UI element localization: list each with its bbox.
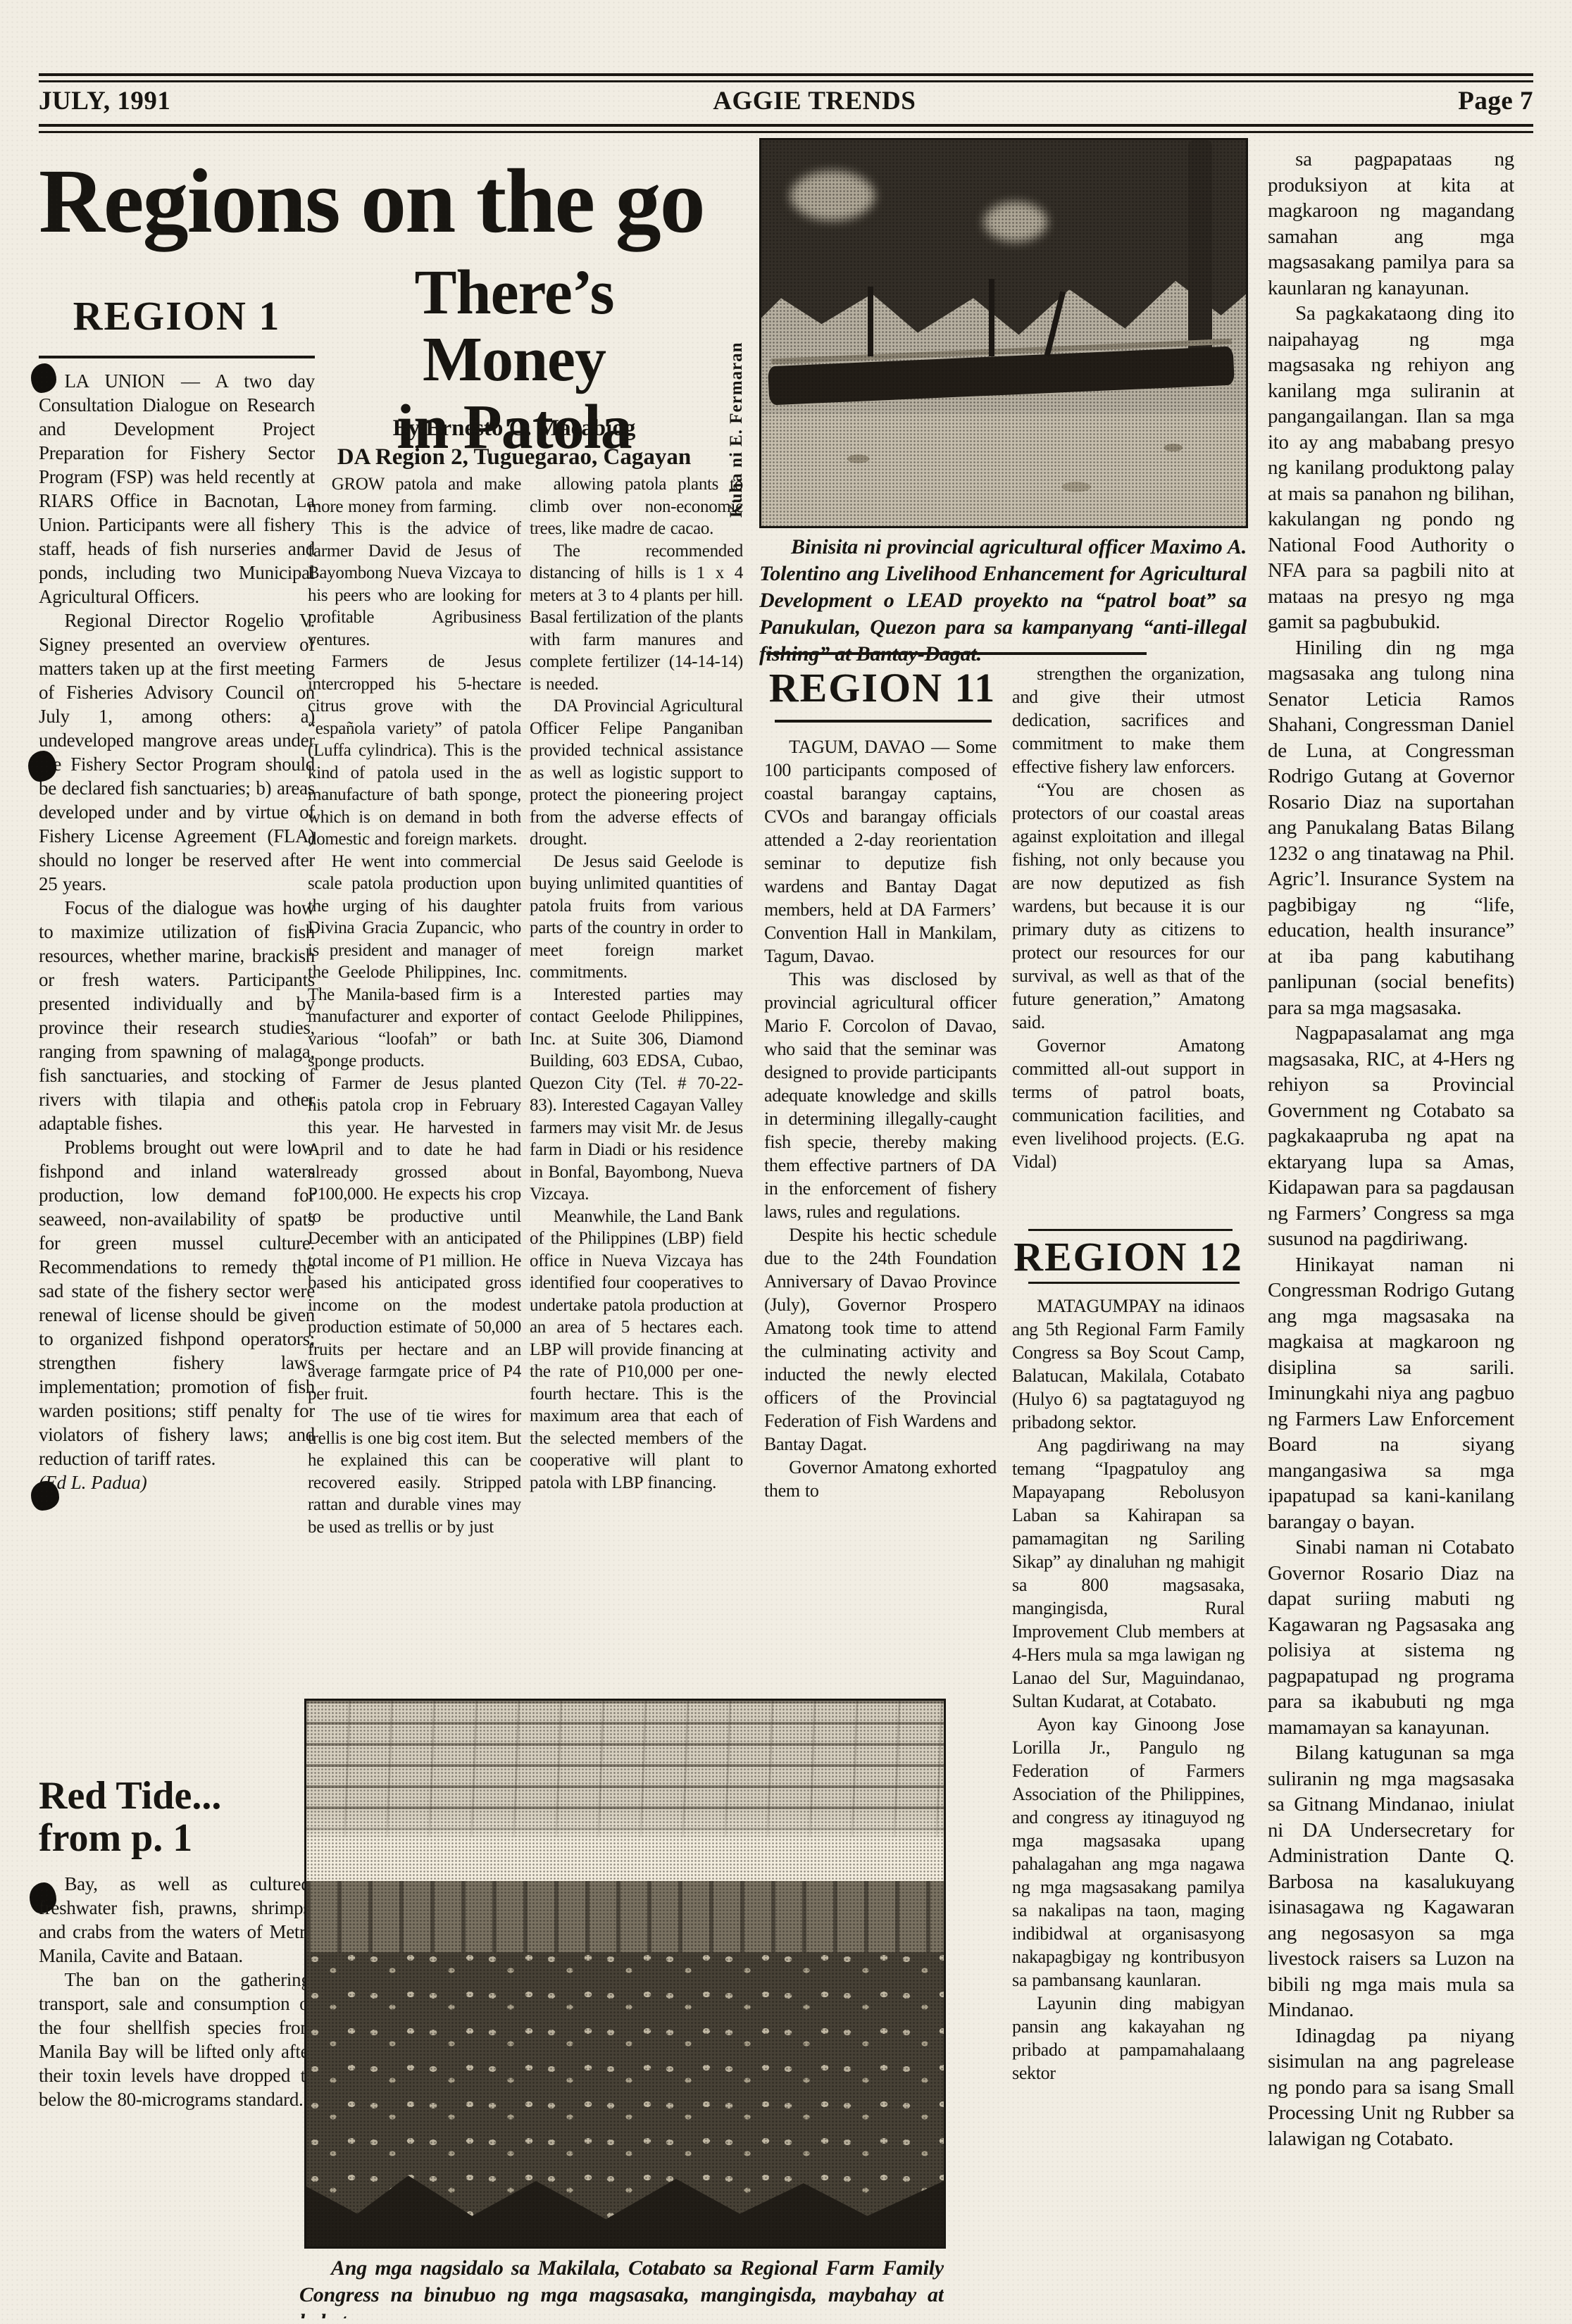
region1-heading: REGION 1 — [39, 296, 315, 337]
header-bottom-rule — [39, 124, 1533, 133]
paragraph: Despite his hectic schedule due to the 2… — [764, 1223, 997, 1456]
right-column-text: sa pagpapataas ng produksiyon at kita at… — [1268, 146, 1514, 2319]
region11-heading: REGION 11 — [766, 668, 999, 708]
paragraph: GROW patola and make more money from far… — [308, 473, 521, 518]
photo-foliage — [759, 138, 1248, 346]
photo-boat-hull — [768, 346, 1234, 405]
patrol-boat-photo — [759, 138, 1248, 528]
region11-col1: TAGUM, DAVAO — Some 100 participants com… — [764, 735, 997, 1692]
paragraph: Farmers de Jesus intercropped his 5-hect… — [308, 651, 521, 851]
photo-credit-vertical: Kuha ni E. Fermaran — [727, 151, 747, 518]
photo-sky-patch — [790, 171, 875, 220]
byline-author: By Ernesto C. Macabiog — [317, 414, 711, 443]
paragraph: DA Provincial Agricultural Officer Felip… — [530, 695, 743, 851]
region11-top-rule — [766, 652, 1147, 655]
region12-rule — [1028, 1282, 1240, 1284]
paragraph: Problems brought out were low fishpond a… — [39, 1135, 315, 1470]
region11-rule — [775, 720, 992, 723]
paragraph: Bay, as well as cultured, freshwater fis… — [39, 1872, 315, 1968]
region1-rule — [39, 356, 315, 358]
paragraph: Layunin ding mabigyan pansin ang kakayah… — [1012, 1992, 1244, 2085]
photo-sky-patch — [984, 202, 1047, 242]
paragraph: Ang pagdiriwang na may temang “Ipagpatul… — [1012, 1434, 1244, 1713]
photo-wall — [306, 1881, 944, 1963]
paragraph: Hinikayat naman ni Congressman Rodrigo G… — [1268, 1252, 1514, 1535]
bottom-photo-caption: Ang mga nagsidalo sa Makilala, Cotabato … — [299, 2255, 944, 2318]
paragraph: The use of tie wires for trellis is one … — [308, 1405, 521, 1538]
header-page-number: Page 7 — [1458, 86, 1533, 116]
paragraph: Bilang katugunan sa mga suliranin ng mga… — [1268, 1740, 1514, 2023]
paragraph: TAGUM, DAVAO — Some 100 participants com… — [764, 735, 997, 968]
region12-col1: MATAGUMPAY na idinaos ang 5th Regional F… — [1012, 1294, 1244, 2317]
byline-affiliation: DA Region 2, Tuguegarao, Cagayan — [317, 443, 711, 472]
paragraph: This was disclosed by provincial agricul… — [764, 968, 997, 1223]
photo-ceiling — [306, 1701, 944, 1843]
red-tide-heading-line1: Red Tide... — [39, 1775, 315, 1817]
paragraph: LA UNION — A two day Consultation Dialog… — [39, 369, 315, 608]
paragraph: Governor Amatong committed all-out suppo… — [1012, 1034, 1244, 1173]
paragraph: strengthen the organization, and give th… — [1012, 662, 1244, 778]
paragraph: The ban on the gathering, transport, sal… — [39, 1968, 315, 2111]
header-date: JULY, 1991 — [39, 86, 170, 116]
photo-tree-trunk — [1188, 140, 1212, 364]
paragraph: This is the advice of farmer David de Je… — [308, 518, 521, 651]
paragraph: De Jesus said Geelode is buying unlimite… — [530, 851, 743, 984]
photo-light-band — [306, 1837, 944, 1887]
page-header: JULY, 1991 AGGIE TRENDS Page 7 — [39, 86, 1533, 120]
patola-col2: allowing patola plants to climb over non… — [530, 473, 743, 1695]
paragraph: Regional Director Rogelio V. Signey pres… — [39, 608, 315, 896]
region1-article: LA UNION — A two day Consultation Dialog… — [39, 369, 315, 1739]
paragraph: He went into commercial scale patola pro… — [308, 851, 521, 1073]
paragraph: Idinagdag pa niyang sisimulan na ang pag… — [1268, 2023, 1514, 2152]
patola-col1: GROW patola and make more money from far… — [308, 473, 521, 1695]
region12-top-rule — [1028, 1229, 1233, 1231]
region11-col2: strengthen the organization, and give th… — [1012, 662, 1244, 1225]
congress-crowd-photo — [304, 1699, 946, 2249]
paragraph: Nagpapasalamat ang mga magsasaka, RIC, a… — [1268, 1020, 1514, 1252]
region12-heading: REGION 12 — [1012, 1237, 1244, 1277]
paragraph: Interested parties may contact Geelode P… — [530, 984, 743, 1206]
newspaper-page: JULY, 1991 AGGIE TRENDS Page 7 Regions o… — [0, 0, 1572, 2324]
paragraph: Farmer de Jesus planted his patola crop … — [308, 1073, 521, 1406]
region1-credit: (Ed L. Padua) — [39, 1470, 315, 1494]
photo-boat-post — [868, 287, 873, 356]
paragraph: Sa pagkakataong ding ito naipahayag ng m… — [1268, 301, 1514, 635]
patola-byline: By Ernesto C. Macabiog DA Region 2, Tugu… — [317, 414, 711, 473]
paragraph: sa pagpapataas ng produksiyon at kita at… — [1268, 146, 1514, 301]
red-tide-heading: Red Tide... from p. 1 — [39, 1775, 315, 1859]
paragraph: Ayon kay Ginoong Jose Lorilla Jr., Pangu… — [1012, 1713, 1244, 1992]
red-tide-heading-line2: from p. 1 — [39, 1817, 315, 1859]
paragraph: MATAGUMPAY na idinaos ang 5th Regional F… — [1012, 1294, 1244, 1434]
red-tide-text: Bay, as well as cultured, freshwater fis… — [39, 1872, 315, 2323]
patola-title-line1: There’s Money — [317, 259, 711, 394]
photo-boat-post — [989, 279, 994, 356]
paragraph: Sinabi naman ni Cotabato Governor Rosari… — [1268, 1535, 1514, 1740]
paragraph: “You are chosen as protectors of our coa… — [1012, 778, 1244, 1034]
paragraph: The recommended distancing of hills is 1… — [530, 540, 743, 696]
paragraph: Hiniling din ng mga magsasaka ang tulong… — [1268, 635, 1514, 1021]
photo-foreground — [761, 414, 1246, 526]
paragraph: Governor Amatong exhorted them to — [764, 1456, 997, 1502]
paragraph: Meanwhile, the Land Bank of the Philippi… — [530, 1206, 743, 1494]
paragraph: allowing patola plants to climb over non… — [530, 473, 743, 540]
top-rule — [39, 73, 1533, 82]
region1-text: LA UNION — A two day Consultation Dialog… — [39, 369, 315, 1470]
paragraph: Focus of the dialogue was how to maximiz… — [39, 896, 315, 1135]
header-masthead: AGGIE TRENDS — [713, 86, 916, 116]
